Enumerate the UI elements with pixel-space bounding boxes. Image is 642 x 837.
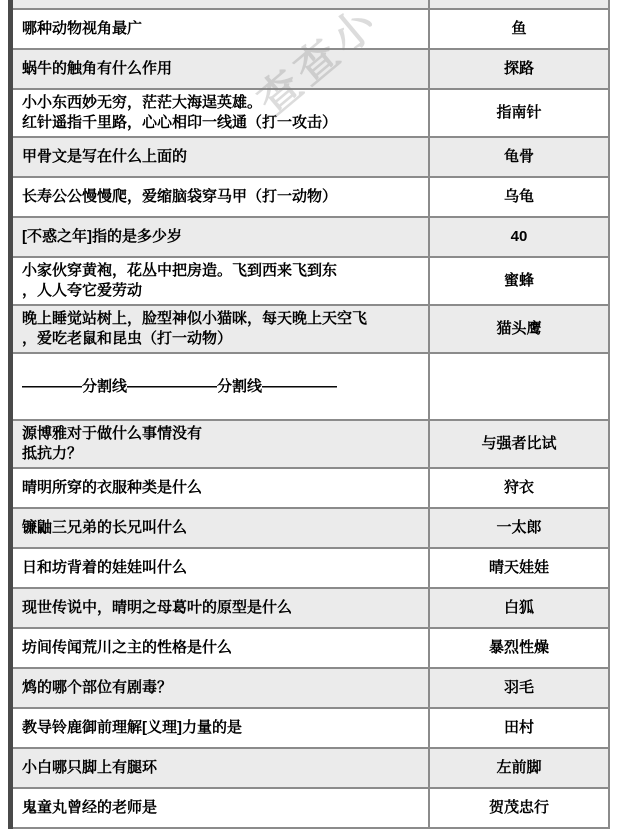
quiz-answer-table: 哪种动物视角最广 鱼 蜗牛的触角有什么作用 探路 小小东西妙无穷，茫茫大海逞英雄…: [8, 0, 610, 829]
table-row: 蜗牛的触角有什么作用 探路: [13, 50, 608, 90]
question-cell: 小白哪只脚上有腿环: [13, 749, 428, 787]
question-cell: [13, 0, 428, 8]
answer-cell: 一太郎: [428, 509, 608, 547]
answer-cell: 猫头鹰: [428, 306, 608, 352]
table-row: 日和坊背着的娃娃叫什么 晴天娃娃: [13, 549, 608, 589]
table-row: 晚上睡觉站树上，脸型神似小猫咪，每天晚上天空飞 ，爱吃老鼠和昆虫（打一动物） 猫…: [13, 306, 608, 354]
question-cell: 甲骨文是写在什么上面的: [13, 138, 428, 176]
answer-cell: 羽毛: [428, 669, 608, 707]
answer-cell: 田村: [428, 709, 608, 747]
question-cell: 晚上睡觉站树上，脸型神似小猫咪，每天晚上天空飞 ，爱吃老鼠和昆虫（打一动物）: [13, 306, 428, 352]
answer-cell: 贺茂忠行: [428, 789, 608, 827]
question-cell: 源博雅对于做什么事情没有 抵抗力？: [13, 421, 428, 467]
answer-cell: 乌龟: [428, 178, 608, 216]
answer-cell: 指南针: [428, 90, 608, 136]
table-row: 晴明所穿的衣服种类是什么 狩衣: [13, 469, 608, 509]
question-cell: 现世传说中，晴明之母葛叶的原型是什么: [13, 589, 428, 627]
table-row: 镰鼬三兄弟的长兄叫什么 一太郎: [13, 509, 608, 549]
question-cell: 哪种动物视角最广: [13, 10, 428, 48]
question-cell: 小家伙穿黄袍，花丛中把房造。飞到西来飞到东 ，人人夸它爱劳动: [13, 258, 428, 304]
answer-cell: 探路: [428, 50, 608, 88]
question-cell: 小小东西妙无穷，茫茫大海逞英雄。 红针遥指千里路，心心相印一线通（打一攻击）: [13, 90, 428, 136]
table-row: 小家伙穿黄袍，花丛中把房造。飞到西来飞到东 ，人人夸它爱劳动 蜜蜂: [13, 258, 608, 306]
question-cell: 教导铃鹿御前理解[义理]力量的是: [13, 709, 428, 747]
table-row: 长寿公公慢慢爬，爱缩脑袋穿马甲（打一动物） 乌龟: [13, 178, 608, 218]
quiz-answer-page: 查查小 哪种动物视角最广 鱼 蜗牛的触角有什么作用 探路 小小东西妙无穷，茫茫大…: [0, 0, 642, 837]
answer-cell: [428, 354, 608, 419]
table-row: [13, 0, 608, 10]
table-row: 小白哪只脚上有腿环 左前脚: [13, 749, 608, 789]
table-row: 现世传说中，晴明之母葛叶的原型是什么 白狐: [13, 589, 608, 629]
table-row: ————分割线——————分割线—————: [13, 354, 608, 421]
table-row: 坊间传闻荒川之主的性格是什么 暴烈性燥: [13, 629, 608, 669]
answer-cell: 狩衣: [428, 469, 608, 507]
answer-cell: 晴天娃娃: [428, 549, 608, 587]
question-cell: 蜗牛的触角有什么作用: [13, 50, 428, 88]
answer-cell: 龟骨: [428, 138, 608, 176]
answer-cell: 与强者比试: [428, 421, 608, 467]
table-row: 甲骨文是写在什么上面的 龟骨: [13, 138, 608, 178]
answer-cell: 暴烈性燥: [428, 629, 608, 667]
question-cell: 镰鼬三兄弟的长兄叫什么: [13, 509, 428, 547]
question-cell: 鬼童丸曾经的老师是: [13, 789, 428, 827]
table-row: [不惑之年]指的是多少岁 40: [13, 218, 608, 258]
question-cell: 鸩的哪个部位有剧毒？: [13, 669, 428, 707]
table-row: 小小东西妙无穷，茫茫大海逞英雄。 红针遥指千里路，心心相印一线通（打一攻击） 指…: [13, 90, 608, 138]
table-row: 鸩的哪个部位有剧毒？ 羽毛: [13, 669, 608, 709]
answer-cell: 鱼: [428, 10, 608, 48]
question-cell: 日和坊背着的娃娃叫什么: [13, 549, 428, 587]
question-cell: ————分割线——————分割线—————: [13, 354, 428, 419]
table-row: 鬼童丸曾经的老师是 贺茂忠行: [13, 789, 608, 829]
question-cell: 长寿公公慢慢爬，爱缩脑袋穿马甲（打一动物）: [13, 178, 428, 216]
table-row: 哪种动物视角最广 鱼: [13, 10, 608, 50]
answer-cell: 40: [428, 218, 608, 256]
answer-cell: [428, 0, 608, 8]
question-cell: 晴明所穿的衣服种类是什么: [13, 469, 428, 507]
answer-cell: 白狐: [428, 589, 608, 627]
answer-cell: 左前脚: [428, 749, 608, 787]
question-cell: 坊间传闻荒川之主的性格是什么: [13, 629, 428, 667]
answer-cell: 蜜蜂: [428, 258, 608, 304]
question-cell: [不惑之年]指的是多少岁: [13, 218, 428, 256]
table-row: 教导铃鹿御前理解[义理]力量的是 田村: [13, 709, 608, 749]
table-row: 源博雅对于做什么事情没有 抵抗力？ 与强者比试: [13, 421, 608, 469]
